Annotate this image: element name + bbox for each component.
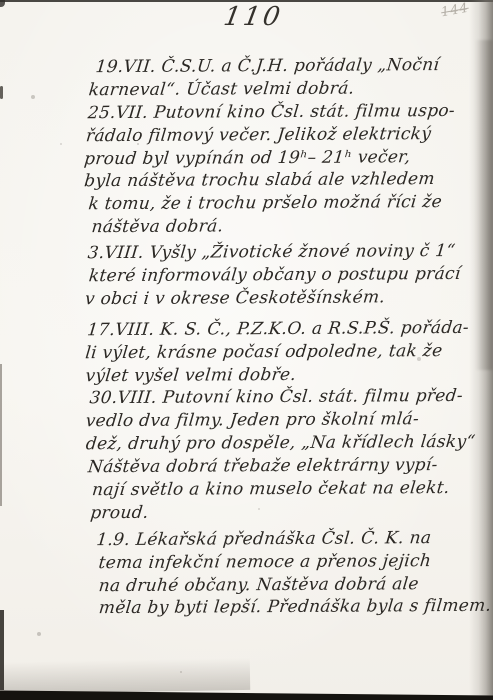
manuscript-line: 17.VIII. K. S. Č., P.Z.K.O. a R.S.P.Š. p… <box>86 317 486 342</box>
manuscript-line: k tomu, že i trochu pršelo možná říci že <box>87 191 485 216</box>
manuscript-line: 1.9. Lékařská přednáška Čsl. Č. K. na <box>95 527 487 552</box>
manuscript-line: výlet vyšel velmi dobře. <box>84 362 486 387</box>
scan-streak <box>0 610 4 690</box>
manuscript-line: na druhé občany. Naštěva dobrá ale <box>98 572 488 597</box>
manuscript-line: řádalo filmový večer. Jelikož elektrický <box>85 122 485 147</box>
manuscript-line: vedlo dva filmy. Jeden pro školní mlá- <box>85 408 487 433</box>
manuscript-line: které informovály občany o postupu prácí <box>88 263 486 288</box>
manuscript-line: nají světlo a kino muselo čekat na elekt… <box>91 477 487 502</box>
manuscript-line: karneval“. Účast velmi dobrá. <box>88 77 485 102</box>
manuscript-line: 3.VIII. Vyšly „Životické žnové noviny č … <box>87 240 486 265</box>
manuscript-line: tema infekční nemoce a přenos jejich <box>97 549 487 574</box>
manuscript-line: 30.VIII. Putovní kino Čsl. stát. filmu p… <box>88 385 486 410</box>
manuscript-line: 19.VII. Č.S.U. a Č.J.H. pořádaly „Noční <box>94 54 484 79</box>
manuscript-line: byla náštěva trochu slabá ale vzhledem <box>83 168 485 193</box>
scan-streak <box>0 364 2 506</box>
manuscript-line: měla by byti lepší. Přednáška byla s fil… <box>98 595 488 620</box>
manuscript-line: v obci i v okrese Českotěšínském. <box>84 286 486 311</box>
paper-specks <box>0 0 2 2</box>
page-number: 110 <box>221 2 285 32</box>
manuscript-line: li výlet, krásne počasí odpoledne, tak ž… <box>84 339 486 364</box>
manuscript-line: dež, druhý pro dospěle, „Na křídlech lás… <box>85 431 487 456</box>
scanned-page: 144 110 19.VII. Č.S.U. a Č.J.H. pořádaly… <box>0 0 493 700</box>
pencil-mark: 144 <box>440 1 470 21</box>
manuscript-line: proud byl vypínán od 19ʰ– 21ʰ večer, <box>83 145 485 170</box>
manuscript-line: 25.VII. Putovní kino Čsl. stát. filmu us… <box>87 100 485 125</box>
manuscript-line: Náštěva dobrá třebaže elektrárny vypí- <box>87 454 487 479</box>
scan-bottom-wash <box>0 658 250 694</box>
scan-streak <box>0 86 3 99</box>
manuscript-line: proud. <box>89 500 487 525</box>
manuscript-line: náštěva dobrá. <box>90 214 485 239</box>
manuscript-text: 19.VII. Č.S.U. a Č.J.H. pořádaly „Noční … <box>82 54 485 621</box>
